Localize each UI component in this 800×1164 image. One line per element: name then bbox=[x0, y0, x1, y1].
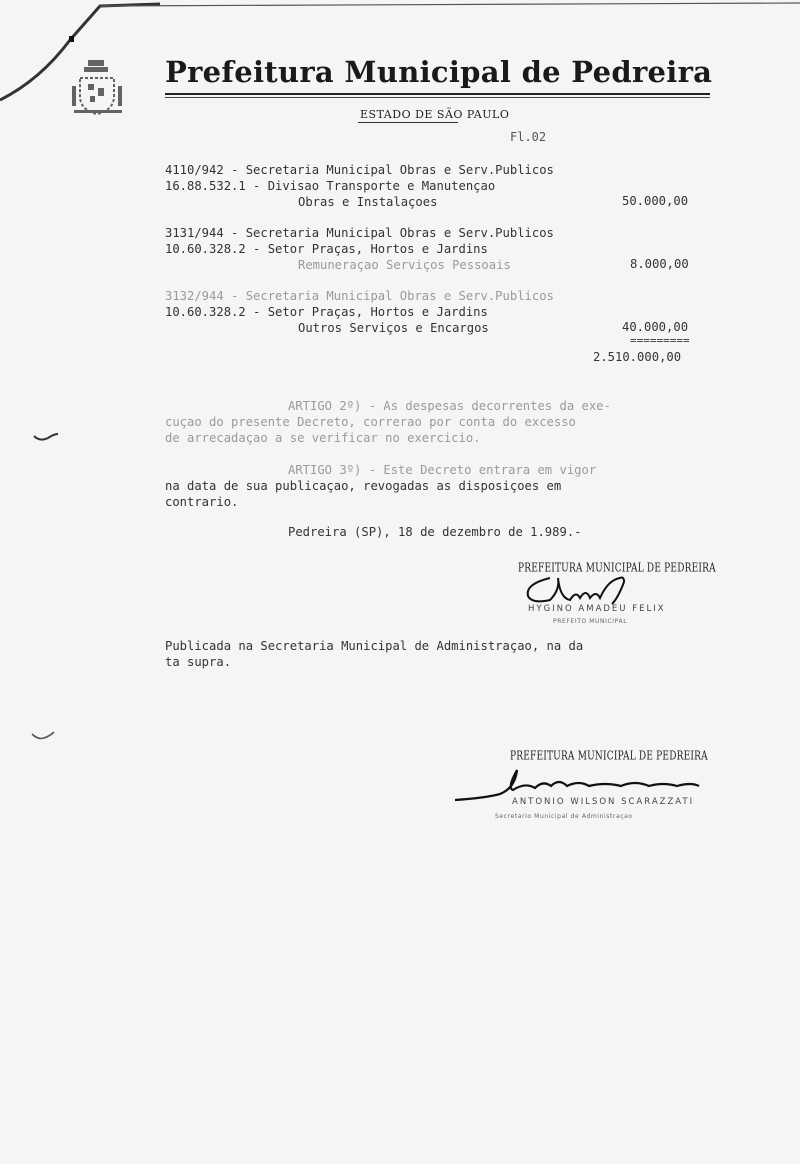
entry-2-amount: 8.000,00 bbox=[630, 257, 689, 271]
entry-3-line2: 10.60.328.2 - Setor Praças, Hortos e Jar… bbox=[165, 304, 488, 320]
entry-2-line2: 10.60.328.2 - Setor Praças, Hortos e Jar… bbox=[165, 241, 488, 257]
secretary-role: Secretario Municipal de Administraçao bbox=[495, 813, 633, 820]
entry-3-amount: 40.000,00 bbox=[622, 320, 688, 334]
letterhead-title: Prefeitura Municipal de Pedreira bbox=[165, 55, 713, 89]
mayor-signature bbox=[520, 570, 660, 606]
article3-line3: contrario. bbox=[165, 494, 238, 510]
secretary-name: ANTONIO WILSON SCARAZZATI bbox=[512, 797, 694, 807]
margin-mark bbox=[30, 730, 56, 744]
entry-1-amount: 50.000,00 bbox=[622, 194, 688, 208]
entry-3-line1: 3132/944 - Secretaria Municipal Obras e … bbox=[165, 288, 554, 304]
entry-1-line2: 16.88.532.1 - Divisao Transporte e Manut… bbox=[165, 178, 495, 194]
mayor-role: PREFEITO MUNICIPAL bbox=[553, 618, 627, 625]
subtitle-rule bbox=[358, 122, 458, 123]
article2-line2: cuçao do presente Decreto, correrao por … bbox=[165, 414, 576, 430]
entry-3-line3: Outros Serviços e Encargos bbox=[298, 320, 489, 336]
mayor-name: HYGINO AMADEU FELIX bbox=[528, 604, 666, 614]
article2-line3: de arrecadaçao a se verificar no exercic… bbox=[165, 430, 481, 446]
letterhead-rule bbox=[165, 93, 710, 95]
total-separator: ========= bbox=[630, 334, 690, 347]
total-amount: 2.510.000,00 bbox=[593, 350, 681, 364]
letterhead-rule-thin bbox=[165, 97, 710, 98]
article2-line1: ARTIGO 2º) - As despesas decorrentes da … bbox=[288, 398, 611, 414]
publication-line1: Publicada na Secretaria Municipal de Adm… bbox=[165, 638, 583, 654]
entry-1-line3: Obras e Instalaçoes bbox=[298, 194, 437, 210]
entry-2-line1: 3131/944 - Secretaria Municipal Obras e … bbox=[165, 225, 554, 241]
page-folio: Fl.02 bbox=[510, 130, 546, 144]
margin-mark bbox=[32, 430, 60, 446]
entry-1-line1: 4110/942 - Secretaria Municipal Obras e … bbox=[165, 162, 554, 178]
publication-line2: ta supra. bbox=[165, 654, 231, 670]
secretary-stamp: PREFEITURA MUNICIPAL DE PEDREIRA bbox=[510, 751, 708, 764]
entry-2-line3: Remuneraçao Serviços Pessoais bbox=[298, 257, 511, 273]
date-line: Pedreira (SP), 18 de dezembro de 1.989.- bbox=[288, 524, 582, 540]
article3-line1: ARTIGO 3º) - Este Decreto entrara em vig… bbox=[288, 462, 596, 478]
coat-of-arms-icon bbox=[70, 58, 126, 118]
article3-line2: na data de sua publicaçao, revogadas as … bbox=[165, 478, 561, 494]
letterhead-subtitle: ESTADO DE SÃO PAULO bbox=[360, 108, 509, 121]
